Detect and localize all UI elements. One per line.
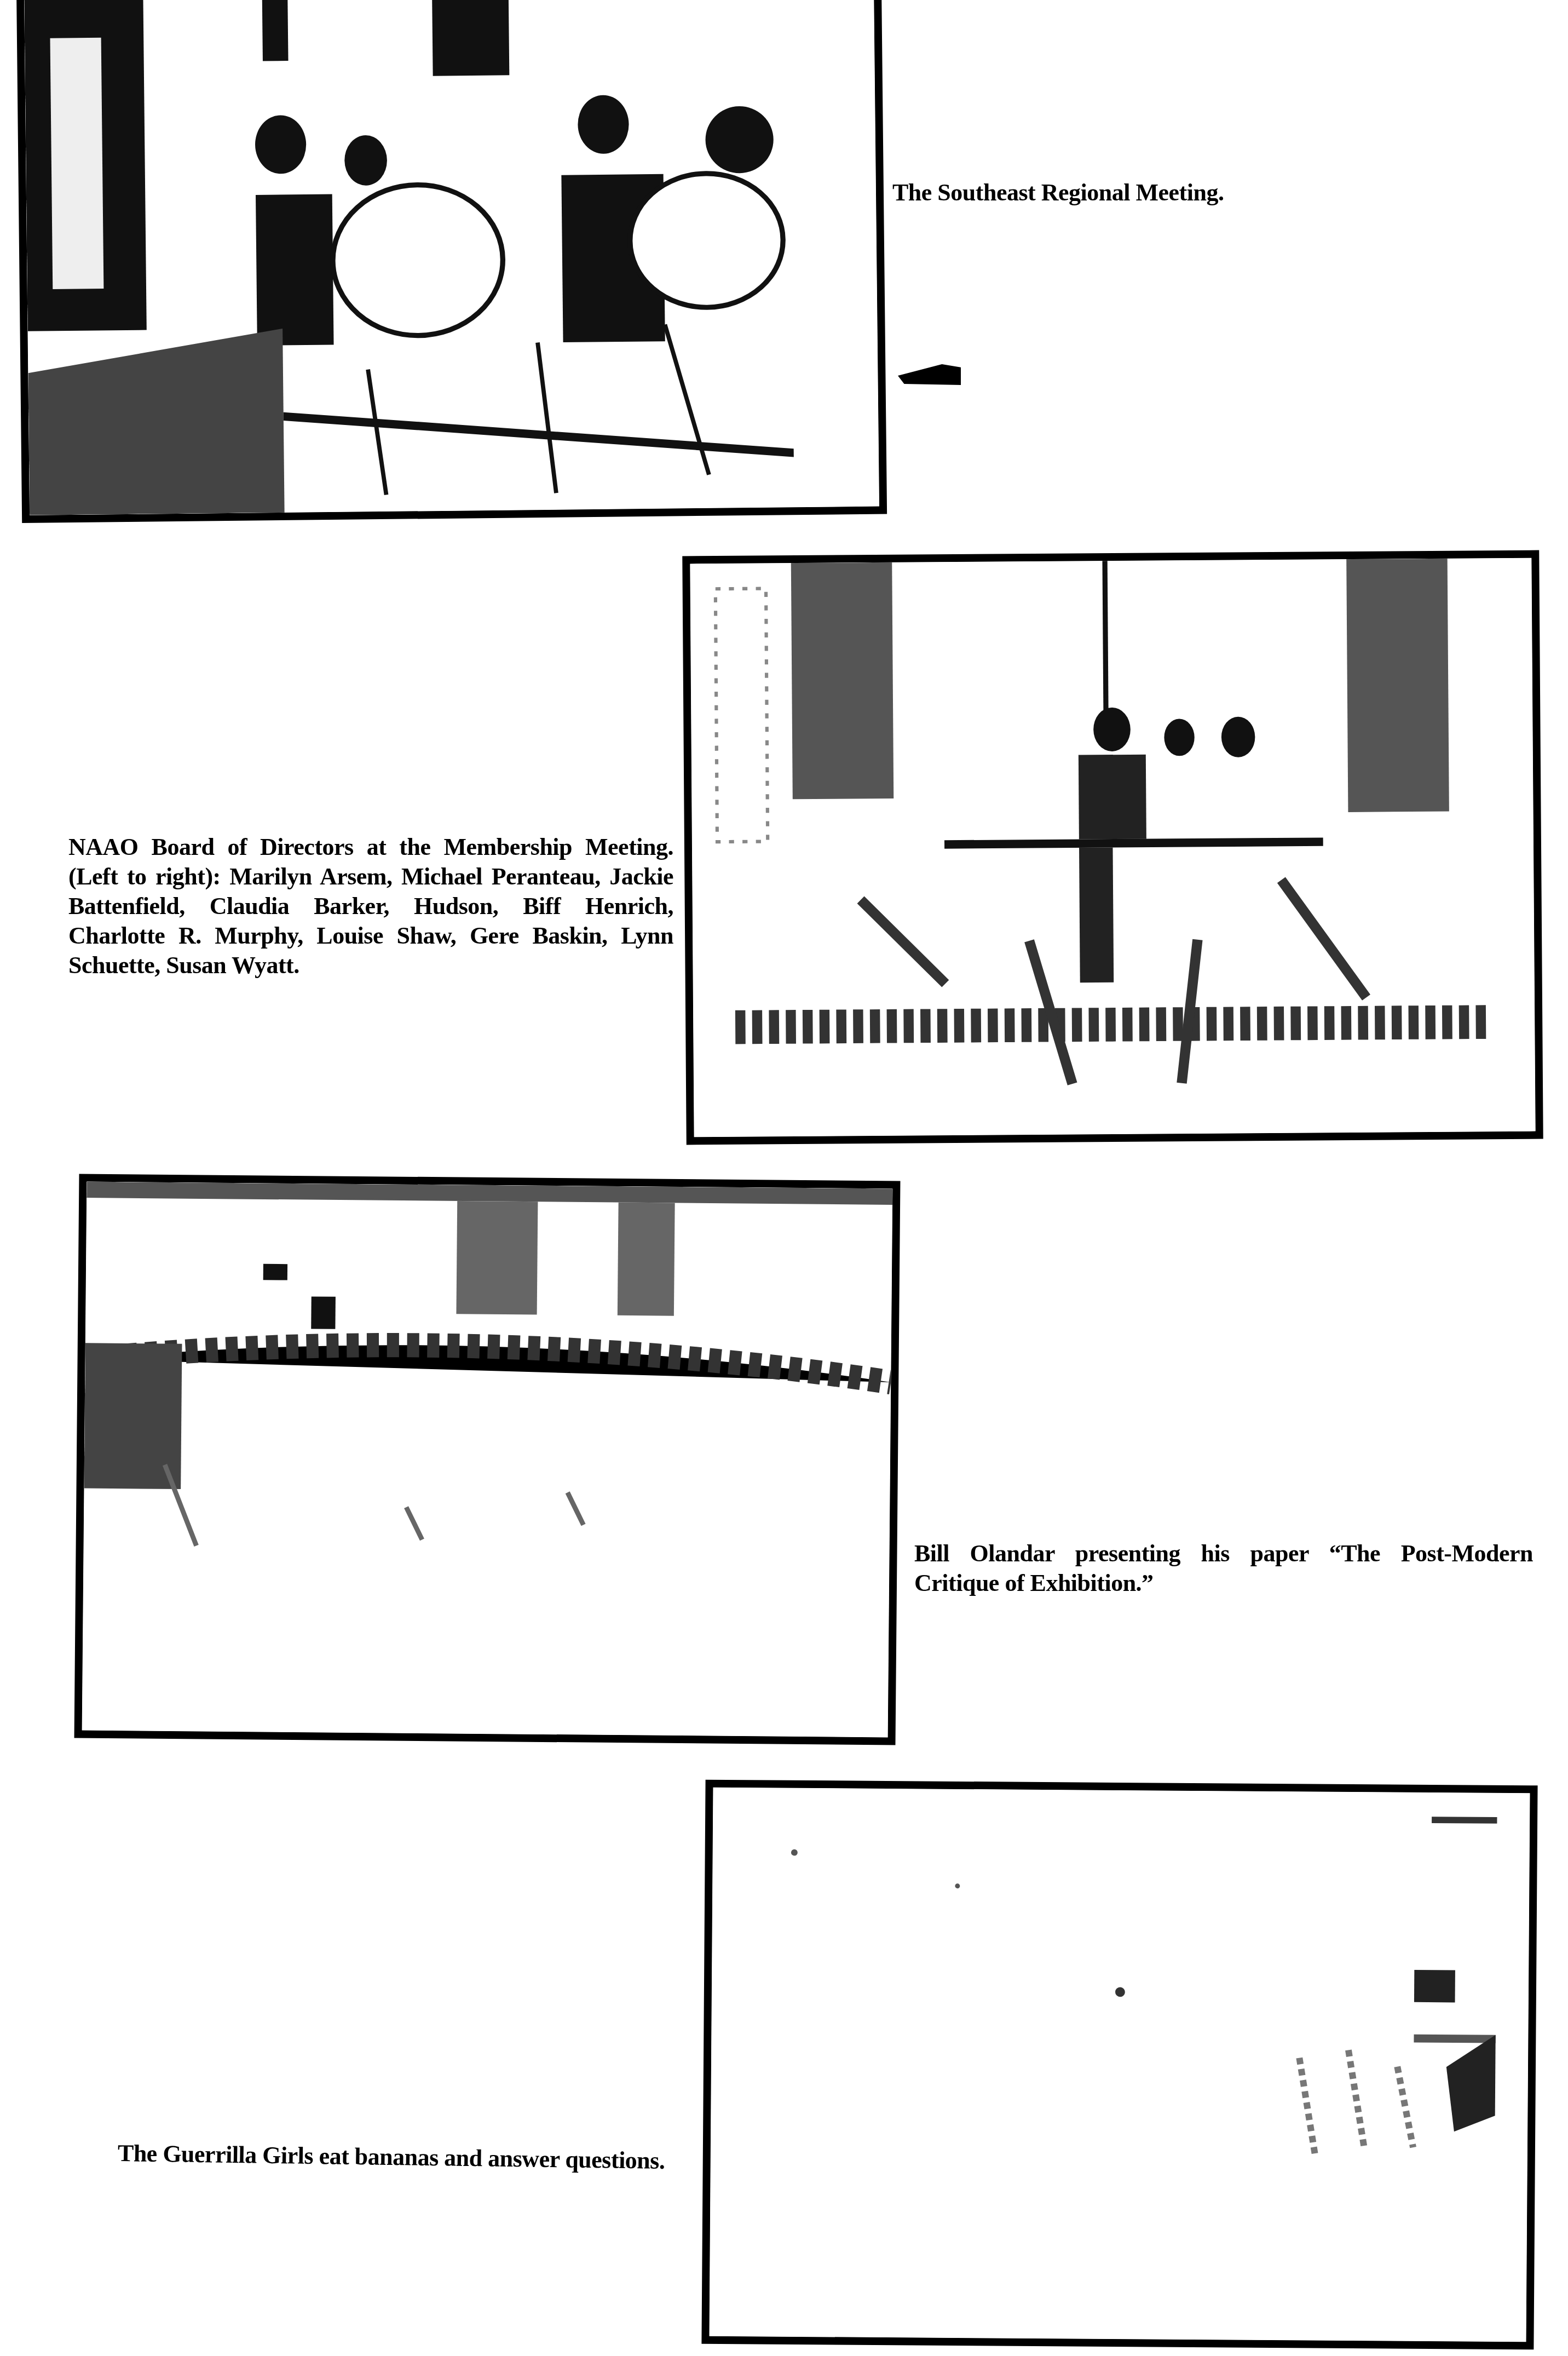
photo-southeast-regional-meeting bbox=[16, 0, 887, 523]
printer-mark bbox=[898, 364, 961, 385]
halftone-photo-image bbox=[24, 0, 879, 515]
caption-southeast-regional-meeting: The Southeast Regional Meeting. bbox=[892, 178, 1440, 208]
halftone-photo-image bbox=[710, 1788, 1530, 2342]
halftone-photo-image bbox=[82, 1182, 893, 1738]
halftone-photo-image bbox=[690, 558, 1535, 1137]
photo-guerrilla-girls bbox=[701, 1780, 1537, 2350]
photo-naao-board bbox=[682, 550, 1543, 1145]
caption-naao-board: NAAO Board of Directors at the Membershi… bbox=[68, 832, 673, 980]
photo-bill-olandar bbox=[74, 1174, 901, 1745]
caption-bill-olandar: Bill Olandar presenting his paper “The P… bbox=[914, 1539, 1533, 1598]
caption-guerrilla-girls: The Guerrilla Girls eat bananas and answ… bbox=[118, 2139, 693, 2176]
